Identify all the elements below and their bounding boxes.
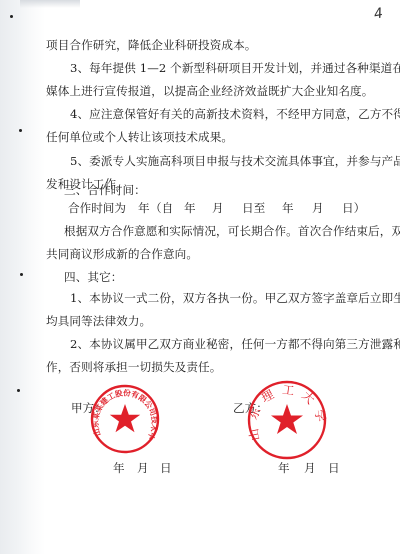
binder-hole-mark [10,15,13,18]
section-heading-3: 三、合作时间： [64,183,146,197]
party-a-month: 月 [137,461,149,475]
party-b-day: 日 [328,461,340,475]
period-year: 年 [138,201,150,215]
body-line: 根据双方合作意愿和实际情况，可长期合作。首次合作结束后，双方可 [64,224,400,238]
clause-5: 5、委派专人实施高科项目申报与技术交流具体事宜，并参与产品研 [70,154,400,168]
period-open: （自 [150,201,173,215]
section-heading-4: 四、其它： [64,270,122,284]
body-line: 共同商议形成新的合作意向。 [46,247,198,261]
clause-3: 3、每年提供 1—2 个新型科研项目开发计划，并通过各种渠道在相关 [70,61,400,75]
party-a-day: 日 [160,461,172,475]
page-number: 4 [373,5,385,22]
body-line: 任何单位或个人转让该项技术成果。 [46,130,233,144]
to-month: 月 [312,201,324,215]
to-year: 年 [282,201,294,215]
party-b-month: 月 [304,461,316,475]
other-clause-1: 1、本协议一式二份，双方各执一份。甲乙双方签字盖章后立即生效， [70,291,400,305]
binder-hole-mark [20,273,23,276]
party-b-seal: 山东理工大学 [246,379,328,461]
star-icon [110,404,140,432]
document-page: 4 项目合作研究，降低企业科研投资成本。 3、每年提供 1—2 个新型科研项目开… [0,0,400,554]
to-day: 日） [342,201,365,215]
from-year: 年 [184,201,196,215]
body-line: 媒体上进行宣传报道，以提高企业经济效益既扩大企业知名度。 [46,84,373,98]
from-month: 月 [212,201,224,215]
star-icon [271,404,303,434]
scan-shadow [20,0,80,8]
body-line: 均具同等法律效力。 [46,314,151,328]
party-b-year: 年 [278,461,290,475]
other-clause-2: 2、本协议属甲乙双方商业秘密，任何一方都不得向第三方泄露和炒 [70,337,400,351]
body-line: 项目合作研究，降低企业科研投资成本。 [46,38,257,52]
party-a-year: 年 [113,461,125,475]
binder-hole-mark [19,129,22,132]
from-day-to: 日至 [242,201,265,215]
binder-hole-mark [17,389,20,392]
clause-4: 4、应注意保管好有关的高新技术资料，不经甲方同意，乙方不得向 [70,107,400,121]
party-a-seal: 山东某某建工股份有限公司技术中心 [89,383,161,455]
period-label: 合作时间为 [68,201,126,215]
body-line: 作，否则将承担一切损失及责任。 [46,360,221,374]
